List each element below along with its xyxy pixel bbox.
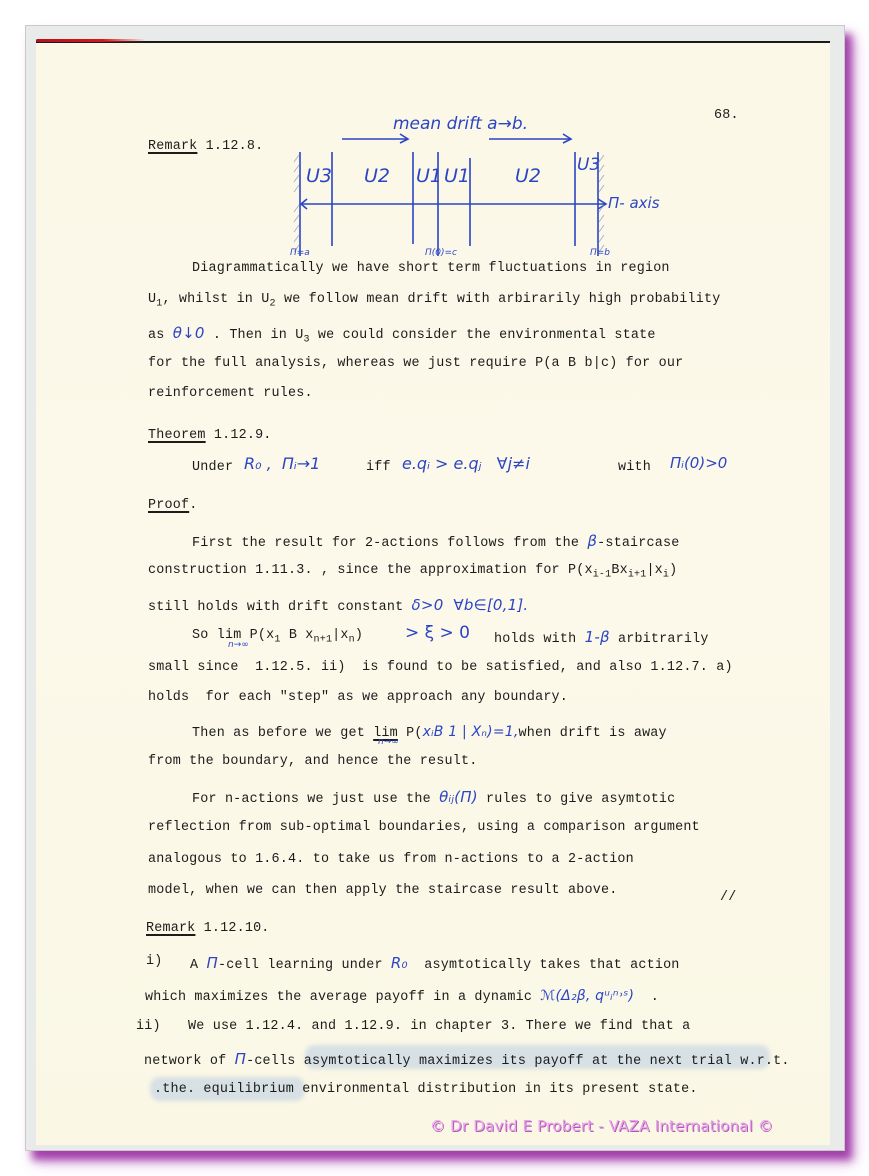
handwritten-theta: θ↓0 bbox=[173, 324, 205, 342]
marker-label: Π=a bbox=[290, 248, 310, 258]
axis-label: Π- axis bbox=[608, 194, 660, 212]
proof-heading: Proof. bbox=[148, 498, 197, 513]
handwritten-condition: Πᵢ(0)>0 bbox=[670, 454, 727, 472]
lim-subscript: n→∞ bbox=[228, 640, 249, 650]
theorem-under: Under bbox=[192, 460, 233, 475]
theorem-iff: iff bbox=[366, 460, 391, 475]
region-label: U3 bbox=[577, 155, 600, 175]
list-label: ii) bbox=[136, 1019, 161, 1034]
text-line: reinforcement rules. bbox=[148, 386, 313, 401]
region-label: U2 bbox=[515, 165, 541, 187]
text-line: construction 1.11.3. , since the approxi… bbox=[148, 563, 677, 581]
marker-label: Π=b bbox=[590, 248, 610, 258]
remark-label: Remark bbox=[148, 139, 197, 154]
remark-heading: Remark 1.12.8. bbox=[148, 139, 263, 154]
region-label: U1 bbox=[444, 165, 470, 187]
theorem-heading: Theorem 1.12.9. bbox=[148, 428, 272, 443]
handwritten-inequality: > ξ > 0 bbox=[405, 623, 470, 643]
text-line: holds for each "step" as we approach any… bbox=[148, 690, 568, 705]
text-line: Then as before we get lim P(xᵢB 1 | Xₙ)=… bbox=[192, 724, 667, 741]
text-line: small since 1.12.5. ii) is found to be s… bbox=[148, 660, 733, 675]
text-line: which maximizes the average payoff in a … bbox=[145, 988, 659, 1005]
text-line: model, when we can then apply the stairc… bbox=[148, 883, 617, 898]
text-line: First the result for 2-actions follows f… bbox=[192, 532, 679, 551]
text-line: analogous to 1.6.4. to take us from n-ac… bbox=[148, 852, 634, 867]
red-edge-mark bbox=[36, 39, 146, 42]
text-line: U1, whilst in U2 we follow mean drift wi… bbox=[148, 292, 720, 310]
copyright-watermark: © Dr David E Probert - VAZA Internationa… bbox=[430, 1117, 773, 1135]
list-label: i) bbox=[146, 954, 162, 969]
text-line: Diagrammatically we have short term fluc… bbox=[192, 261, 670, 276]
theorem-with: with bbox=[618, 460, 651, 475]
page-number: 68. bbox=[714, 108, 739, 123]
handwritten-condition: R₀ , Πᵢ→1 bbox=[244, 454, 320, 473]
region-label: U1 bbox=[416, 165, 442, 187]
lim-subscript: n→∞ bbox=[378, 737, 399, 747]
text-line: for the full analysis, whereas we just r… bbox=[148, 356, 683, 371]
text-line: We use 1.12.4. and 1.12.9. in chapter 3.… bbox=[188, 1019, 690, 1034]
remark-heading: Remark 1.12.10. bbox=[146, 921, 270, 936]
text-line: network of Π-cells asymtotically maximiz… bbox=[144, 1050, 790, 1069]
text-line: as θ↓0 . Then in U3 we could consider th… bbox=[148, 324, 656, 346]
text-line: So lim P(x1 B xn+1|xn) bbox=[192, 628, 363, 646]
region-label: U2 bbox=[364, 165, 390, 187]
marker-label: Π(0)=c bbox=[425, 248, 457, 258]
text-line: holds with 1-β arbitrarily bbox=[494, 628, 709, 647]
text-line: A Π-cell learning under R₀ asymtotically… bbox=[190, 954, 680, 973]
text-line: still holds with drift constant δ>0 ∀b∈[… bbox=[148, 596, 528, 615]
text-line: For n-actions we just use the θᵢⱼ(Π) rul… bbox=[192, 788, 675, 807]
handwritten-condition: e.qᵢ > e.qⱼ ∀j≠i bbox=[402, 454, 530, 473]
region-label: U3 bbox=[306, 165, 332, 187]
diagram-title: mean drift a→b. bbox=[393, 114, 528, 134]
text-line: reflection from sub-optimal boundaries, … bbox=[148, 820, 700, 835]
remark-number: 1.12.8. bbox=[197, 139, 263, 154]
qed-mark: // bbox=[720, 890, 736, 905]
text-line: from the boundary, and hence the result. bbox=[148, 754, 477, 769]
drift-diagram bbox=[280, 110, 700, 270]
text-line: .the. equilibrium environmental distribu… bbox=[154, 1082, 698, 1097]
